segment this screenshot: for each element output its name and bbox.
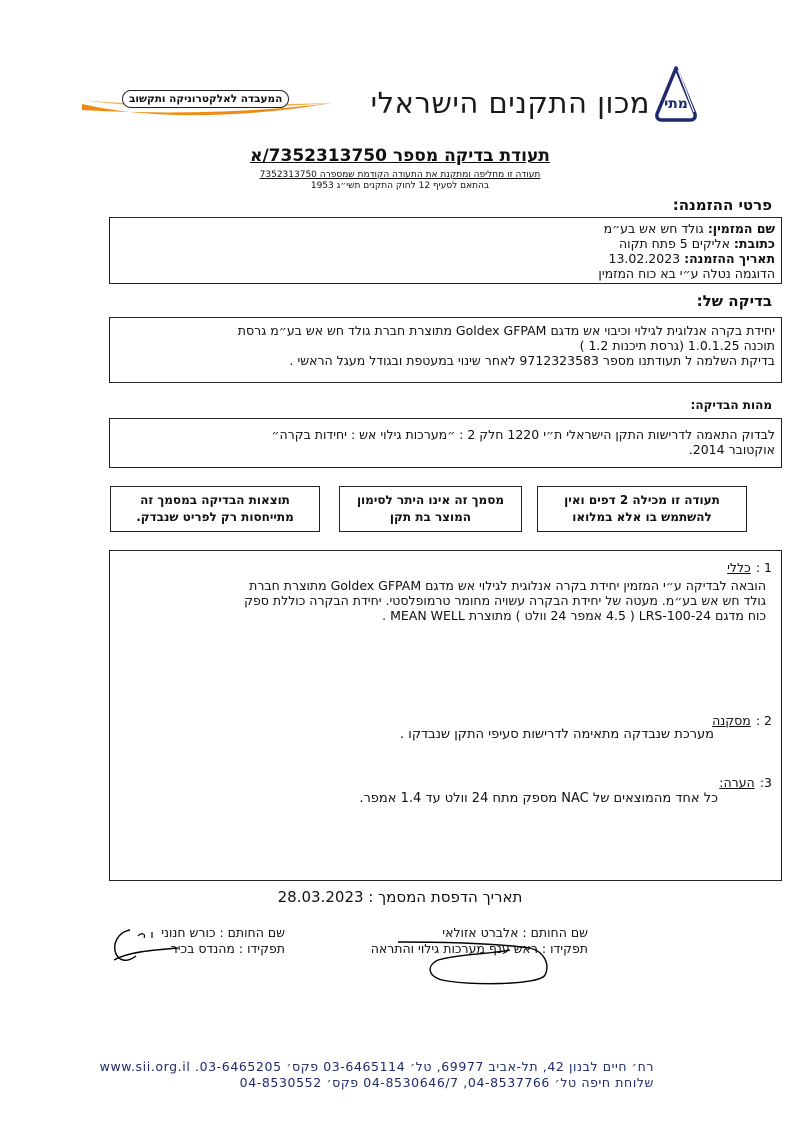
customer-value: גולד חש אש בע״מ	[604, 221, 708, 236]
signature-right-scribble	[390, 930, 550, 990]
order-date-value: 13.02.2023	[609, 251, 685, 266]
test-nature-box: לבדוק התאמה לדרישות התקן הישראלי ת״י 122…	[109, 418, 782, 468]
test-of-line: בדיקת השלמה ל תעודתנו מספר 9712323583 לא…	[110, 353, 775, 368]
sample-note: הדוגמה נטלה ע״י בא כוח המזמין	[110, 266, 775, 281]
test-of-line: יחידת בקרה אנלוגית לגילוי וכיבוי אש מדגם…	[110, 323, 775, 338]
test-of-line: תוכנה 1.0.1.25 (גרסת תיכנות 1.2 )	[110, 338, 775, 353]
test-nature-line: אוקטובר 2014.	[110, 442, 775, 457]
order-details-box: שם המזמין: גולד חש אש בע״מ כתובת: אליקים…	[109, 217, 782, 284]
order-date-line: תאריך ההזמנה: 13.02.2023	[110, 251, 775, 266]
notice-pages: תעודה זו מכילה 2 דפים ואיןלהשתמש בו אלא …	[537, 486, 747, 532]
division-label: המעבדה לאלקטרוניקה ותקשוב	[122, 90, 289, 108]
test-nature-line: לבדוק התאמה לדרישות התקן הישראלי ת״י 122…	[110, 427, 775, 442]
address-line: כתובת: אליקים 5 פתח תקוה	[110, 236, 775, 251]
section-2-body: מערכת שנבדקה מתאימה לדרישות סעיפי התקן ש…	[114, 727, 714, 742]
certificate-title: תעודת בדיקה מספר 7352313750/א	[0, 146, 800, 166]
address-label: כתובת:	[734, 236, 775, 251]
footer-address-line: רח׳ חיים לבנון 42, תל-אביב 69977, טל׳ 03…	[100, 1059, 654, 1074]
replaces-note: תעודה זו מחליפה ומתקנת את התעודה הקודמת …	[0, 170, 800, 180]
customer-line: שם המזמין: גולד חש אש בע״מ	[110, 221, 775, 236]
section-line: מערכת שנבדקה מתאימה לדרישות סעיפי התקן ש…	[114, 727, 714, 742]
print-date: תאריך הדפסת המסמך : 28.03.2023	[0, 888, 800, 906]
test-of-heading: בדיקה של:	[697, 292, 772, 310]
section-line: כוח מדגם LRS-100-24 ( 4.5 אמפר 24 וולט )…	[106, 608, 766, 623]
section-line: הובאה לבדיקה ע״י המזמין יחידת בקרה אנלוג…	[106, 578, 766, 593]
section-title: כללי	[727, 560, 751, 575]
org-name: מכון התקנים הישראלי	[371, 86, 650, 120]
section-title: הערה:	[719, 775, 754, 790]
section-title: מסקנה	[712, 713, 751, 728]
sii-logo: מתי	[654, 66, 698, 124]
notice-not-permit: מסמך זה אינו היתר לסימוןהמוצר בת תקן	[339, 486, 522, 532]
section-line: כל אחד מהמוצאים של NAC מספק מתח 24 וולט …	[118, 791, 718, 806]
notice-line: להשתמש בו אלא במלואו	[564, 509, 720, 526]
notice-line: המוצר בת תקן	[357, 509, 504, 526]
order-details-heading: פרטי ההזמנה:	[673, 196, 772, 214]
test-of-box: יחידת בקרה אנלוגית לגילוי וכיבוי אש מדגם…	[109, 317, 782, 383]
notice-line: מסמך זה אינו היתר לסימון	[357, 492, 504, 509]
section-1-body: הובאה לבדיקה ע״י המזמין יחידת בקרה אנלוג…	[106, 578, 766, 623]
legal-basis: בהתאם לסעיף 12 לחוק התקנים תשי״ג 1953	[0, 181, 800, 191]
notice-line: תעודה זו מכילה 2 דפים ואין	[564, 492, 720, 509]
test-nature-heading: מהות הבדיקה:	[691, 398, 772, 412]
section-number: 3:	[760, 775, 772, 790]
address-value: אליקים 5 פתח תקוה	[619, 236, 734, 251]
order-date-label: תאריך ההזמנה:	[684, 251, 775, 266]
section-2-heading: 2 : מסקנה	[712, 710, 772, 729]
section-number: 1 :	[756, 560, 772, 575]
notice-line: מתייחסות רק לפריט שנבדק.	[136, 509, 294, 526]
notice-line: תוצאות הבדיקה במסמך זה	[136, 492, 294, 509]
logo-text: מתי	[654, 96, 698, 112]
section-number: 2 :	[756, 713, 772, 728]
logo-triangle-icon	[654, 66, 698, 124]
signature-left-scribble	[108, 922, 188, 967]
section-3-body: כל אחד מהמוצאים של NAC מספק מתח 24 וולט …	[118, 791, 718, 806]
section-1-heading: 1 : כללי	[727, 557, 772, 576]
section-line: גולד חש אש בע״מ. מעטה של יחידת הבקרה עשו…	[106, 593, 766, 608]
footer-haifa-line: שלוחת חיפה טל׳ 04-8537766, 04-8530646/7 …	[240, 1075, 654, 1090]
notice-results-scope: תוצאות הבדיקה במסמך זהמתייחסות רק לפריט …	[110, 486, 320, 532]
customer-label: שם המזמין:	[708, 221, 775, 236]
section-3-heading: 3: הערה:	[719, 772, 772, 791]
